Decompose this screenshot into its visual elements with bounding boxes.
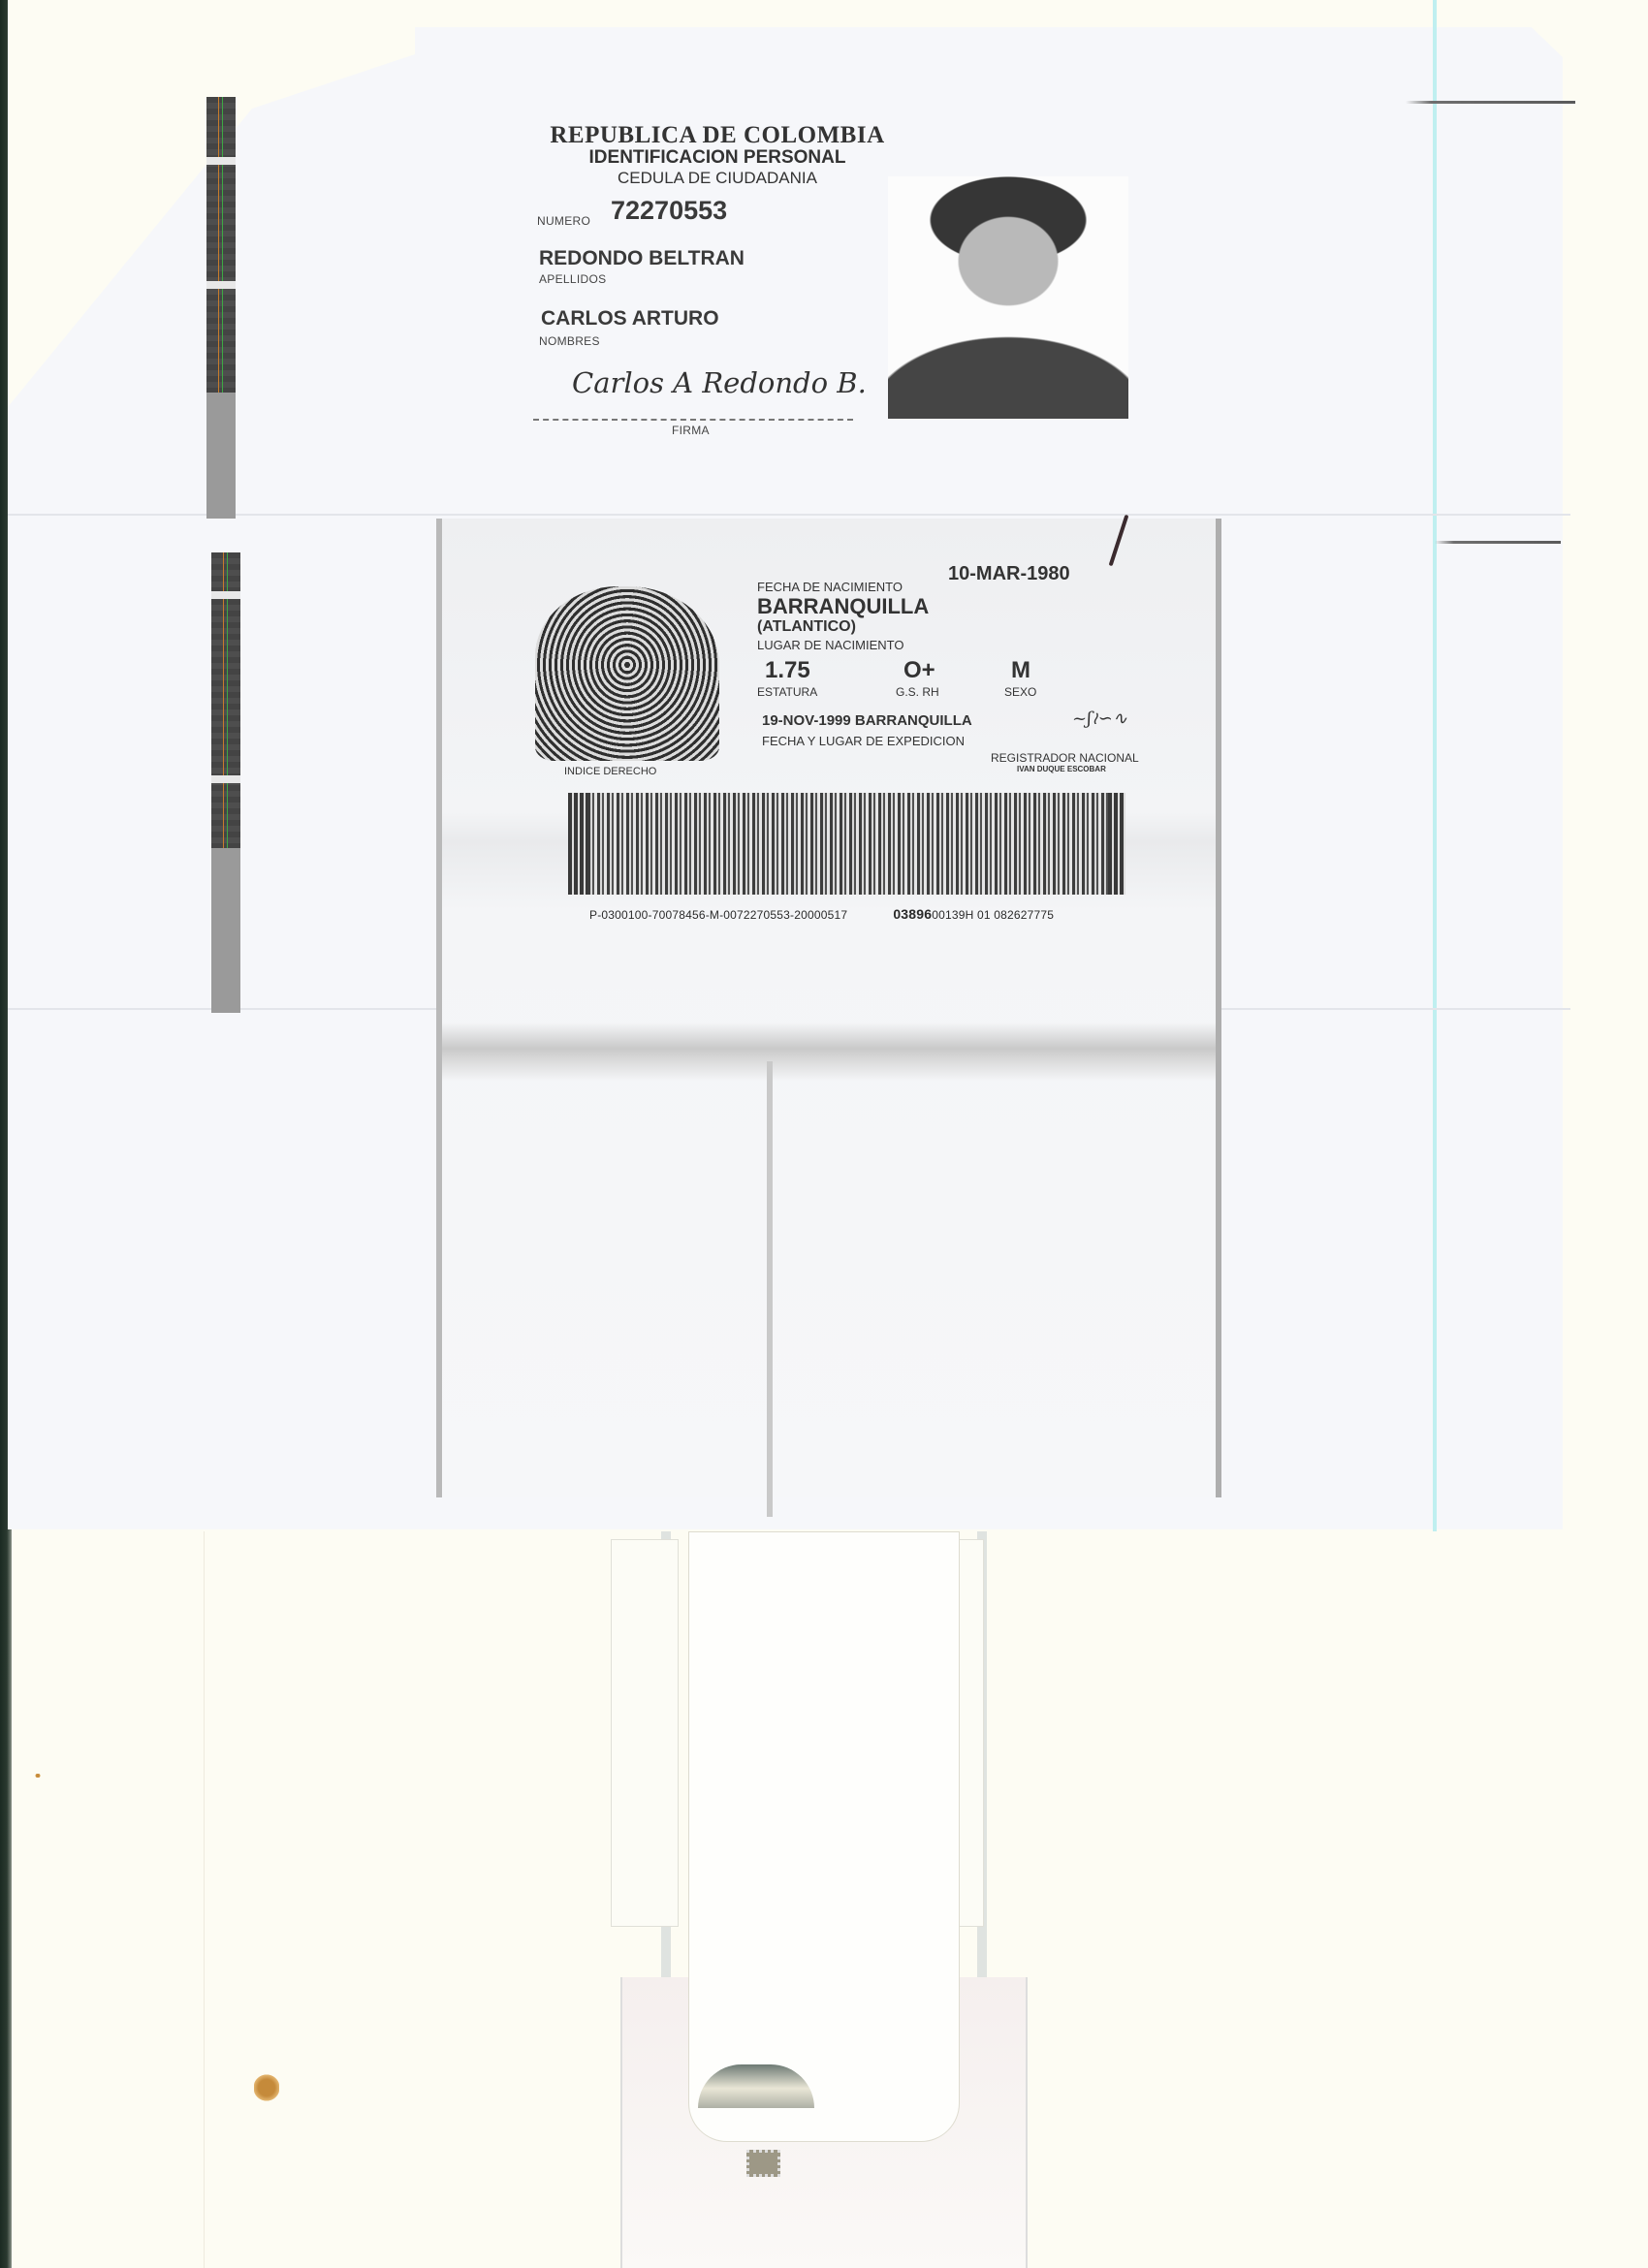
mrz-code: P-0300100-70078456-M-0072270553-20000517 <box>589 908 847 922</box>
margin-rule <box>1435 541 1561 544</box>
document-title: IDENTIFICACION PERSONAL <box>523 147 911 169</box>
film-frame-icon <box>746 2150 780 2177</box>
scanner-bed-seam <box>204 1531 205 2268</box>
copy-margin-strip <box>206 97 236 519</box>
id-number: 72270553 <box>611 196 727 226</box>
issue-date-place-label: FECHA Y LUGAR DE EXPEDICION <box>762 734 965 748</box>
birth-department: (ATLANTICO) <box>757 618 856 636</box>
birth-date-label: FECHA DE NACIMIENTO <box>757 580 903 594</box>
film-holder-tray <box>620 1531 1028 2268</box>
registrar-name: IVAN DUQUE ESCOBAR <box>1017 765 1106 773</box>
debris-speck <box>254 2074 279 2101</box>
surnames-value: REDONDO BELTRAN <box>539 247 745 270</box>
copy-margin-strip <box>211 552 240 1013</box>
scan-artifact-line <box>1433 0 1437 1531</box>
fold-crease <box>442 1023 1216 1081</box>
height-label: ESTATURA <box>757 685 817 699</box>
blood-type-label: G.S. RH <box>896 685 939 699</box>
given-names-value: CARLOS ARTURO <box>541 307 719 331</box>
id-card-back: INDICE DERECHO FECHA DE NACIMIENTO 10-MA… <box>436 519 1221 1497</box>
margin-rule <box>1406 101 1575 104</box>
signature-line <box>533 419 853 421</box>
debris-speck <box>35 1774 41 1778</box>
birth-place-label: LUGAR DE NACIMIENTO <box>757 638 903 652</box>
firma-label: FIRMA <box>672 424 710 437</box>
portrait-photo <box>888 176 1128 419</box>
fingerprint-label: INDICE DERECHO <box>564 766 656 777</box>
height-value: 1.75 <box>765 657 810 684</box>
birth-city: BARRANQUILLA <box>757 594 929 619</box>
holder-side-tab <box>611 1539 679 1927</box>
id-card-front: REPUBLICA DE COLOMBIA IDENTIFICACION PER… <box>523 107 1144 446</box>
fold-crease <box>767 1061 773 1517</box>
holder-body <box>688 1531 960 2142</box>
serial-number-bold: 03896 <box>893 906 932 922</box>
fingerprint-image <box>535 586 719 761</box>
registrar-title: REGISTRADOR NACIONAL <box>991 751 1139 765</box>
serial-number-rest: 00139H 01 082627775 <box>932 908 1054 922</box>
issue-date-place-value: 19-NOV-1999 BARRANQUILLA <box>762 712 972 729</box>
document-subtitle: CEDULA DE CIUDADANIA <box>523 169 911 188</box>
blood-type-value: O+ <box>903 657 935 684</box>
fold-crease <box>8 514 1570 516</box>
surnames-label: APELLIDOS <box>539 272 606 286</box>
machine-readable-line: P-0300100-70078456-M-0072270553-20000517… <box>589 906 1054 922</box>
country-heading: REPUBLICA DE COLOMBIA <box>523 122 911 149</box>
holder-signature: Carlos A Redondo B. <box>572 366 867 399</box>
sex-label: SEXO <box>1004 685 1036 699</box>
pdf417-barcode <box>568 793 1125 895</box>
registrar-signature-icon: ~ʃ≀∽∿ <box>1072 709 1127 729</box>
birth-date-value: 10-MAR-1980 <box>948 563 1070 585</box>
numero-label: NUMERO <box>537 214 590 228</box>
given-names-label: NOMBRES <box>539 334 600 348</box>
sex-value: M <box>1011 657 1030 684</box>
